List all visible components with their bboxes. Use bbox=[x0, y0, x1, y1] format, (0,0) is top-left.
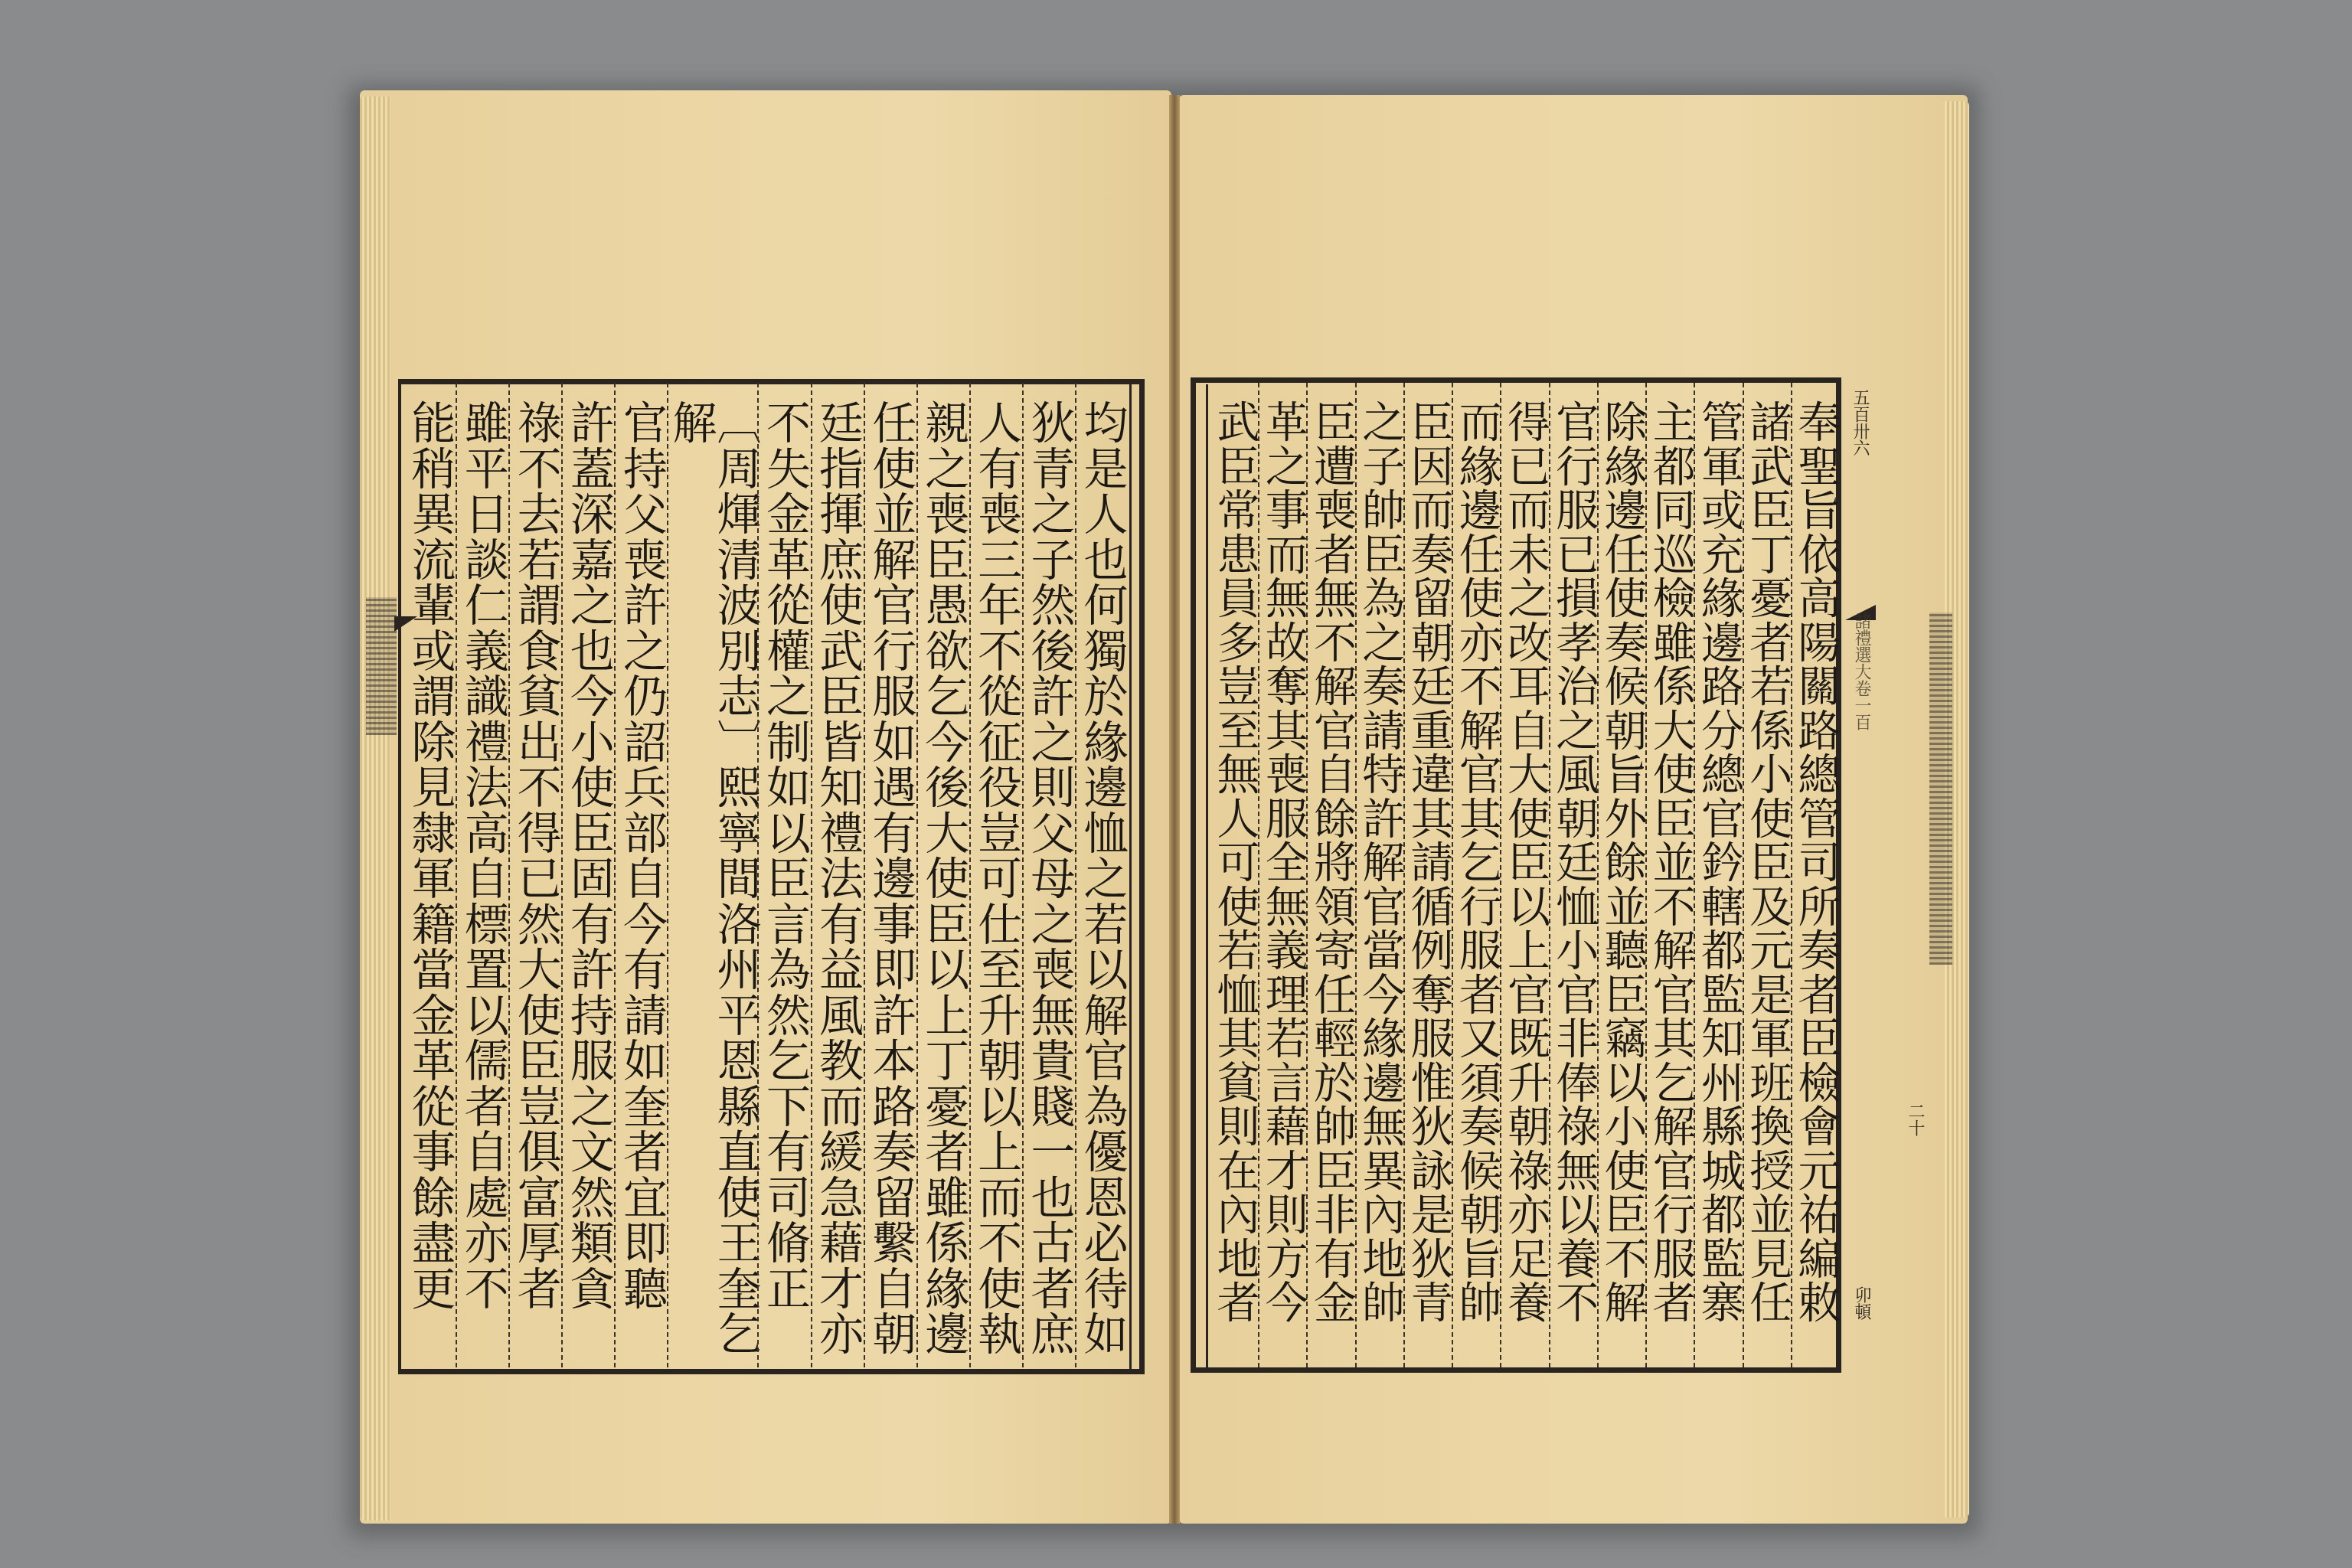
text-column: 人有喪三年不從征役豈可仕至升朝以上而不使執 bbox=[969, 383, 1022, 1367]
text-column: 臣因而奏留朝廷重違其請循例奪服惟狄詠是狄青 bbox=[1403, 383, 1452, 1367]
book-gutter bbox=[1169, 95, 1180, 1524]
text-column: 親之喪臣愚欲乞今後大使臣以上丁憂者雖係緣邊 bbox=[916, 383, 969, 1367]
text-column: 主都同巡檢雖係大使臣並不解官其乞解官行服者 bbox=[1645, 383, 1694, 1367]
text-column: 管軍或充緣邊路分總官鈐轄都監知州縣城都監寨 bbox=[1694, 383, 1742, 1367]
right-edge-block-mark bbox=[1929, 612, 1952, 965]
text-column: 奉聖旨依高陽關路總管司所奏者臣檢會元祐編敕 bbox=[1791, 383, 1839, 1367]
fishtail-mark-icon bbox=[394, 616, 417, 632]
text-column: 除緣邊任使奏候朝旨外餘並聽臣竊以小使臣不解 bbox=[1597, 383, 1645, 1367]
right-page-inner-rule bbox=[1206, 384, 1208, 1369]
left-page-text-columns: 均是人也何獨於緣邊恤之若以解官為優恩必待如 狄青之子然後許之則父母之喪無貴賤一也… bbox=[404, 383, 1128, 1367]
right-page-text-columns: 奉聖旨依高陽關路總管司所奏者臣檢會元祐編敕 諸武臣丁憂者若係小使臣及元是軍班換授… bbox=[1211, 383, 1839, 1367]
text-column: 諸武臣丁憂者若係小使臣及元是軍班換授並見任 bbox=[1743, 383, 1791, 1367]
margin-title: 諸禮選大卷一百 bbox=[1845, 612, 1870, 903]
text-column: 之子帥臣為之奏請特許解官當今緣邊無異內地帥 bbox=[1355, 383, 1403, 1367]
text-column: 不失金革從權之制如以臣言為然乞下有司脩正 bbox=[757, 383, 810, 1367]
text-column: 狄青之子然後許之則父母之喪無貴賤一也古者庶 bbox=[1022, 383, 1075, 1367]
text-column: 而緣邊任使亦不解官其乞行服者又須奏候朝旨帥 bbox=[1452, 383, 1500, 1367]
text-column: 臣遭喪者無不解官自餘將領寄任輕於帥臣非有金 bbox=[1306, 383, 1354, 1367]
left-page-stack-edge bbox=[360, 96, 390, 1521]
text-column: 能稍異流輩或謂除見隸軍籍當金革從事餘盡更 bbox=[404, 383, 456, 1367]
text-column: 雖平日談仁義識禮法高自標置以儒者自處亦不 bbox=[456, 383, 508, 1367]
margin-header: 五百卅六 bbox=[1844, 389, 1868, 542]
text-column: 得已而未之改耳自大使臣以上官既升朝祿亦足養 bbox=[1500, 383, 1548, 1367]
margin-page-number: 二十 bbox=[1899, 1102, 1923, 1179]
text-column: 〔周煇清波別志〕熙寧間洛州平恩縣直使王奎乞解 bbox=[667, 383, 757, 1367]
text-column: 官行服已損孝治之風朝廷恤小官非俸祿無以養不 bbox=[1549, 383, 1597, 1367]
text-column: 官持父喪許之仍詔兵部自今有請如奎者宜即聽 bbox=[614, 383, 667, 1367]
left-edge-block-mark bbox=[366, 597, 397, 735]
text-column: 祿不去若謂食貧出不得已然大使臣豈俱富厚者 bbox=[508, 383, 561, 1367]
text-column: 任使並解官行服如遇有邊事即許本路奏留繫自朝 bbox=[864, 383, 916, 1367]
text-column: 武臣常患員多豈至無人可使若恤其貧則在內地者 bbox=[1211, 383, 1258, 1367]
text-column: 均是人也何獨於緣邊恤之若以解官為優恩必待如 bbox=[1075, 383, 1128, 1367]
margin-footer: 卯頓 bbox=[1845, 1286, 1870, 1363]
left-page-inner-rule bbox=[1129, 384, 1132, 1369]
text-column: 革之事而無故奪其喪服全無義理若言藉才則方今 bbox=[1258, 383, 1306, 1367]
text-column: 許蓋深嘉之也今小使臣固有許持服之文然類貪 bbox=[561, 383, 614, 1367]
text-column: 廷指揮庶使武臣皆知禮法有益風教而緩急藉才亦 bbox=[811, 383, 864, 1367]
